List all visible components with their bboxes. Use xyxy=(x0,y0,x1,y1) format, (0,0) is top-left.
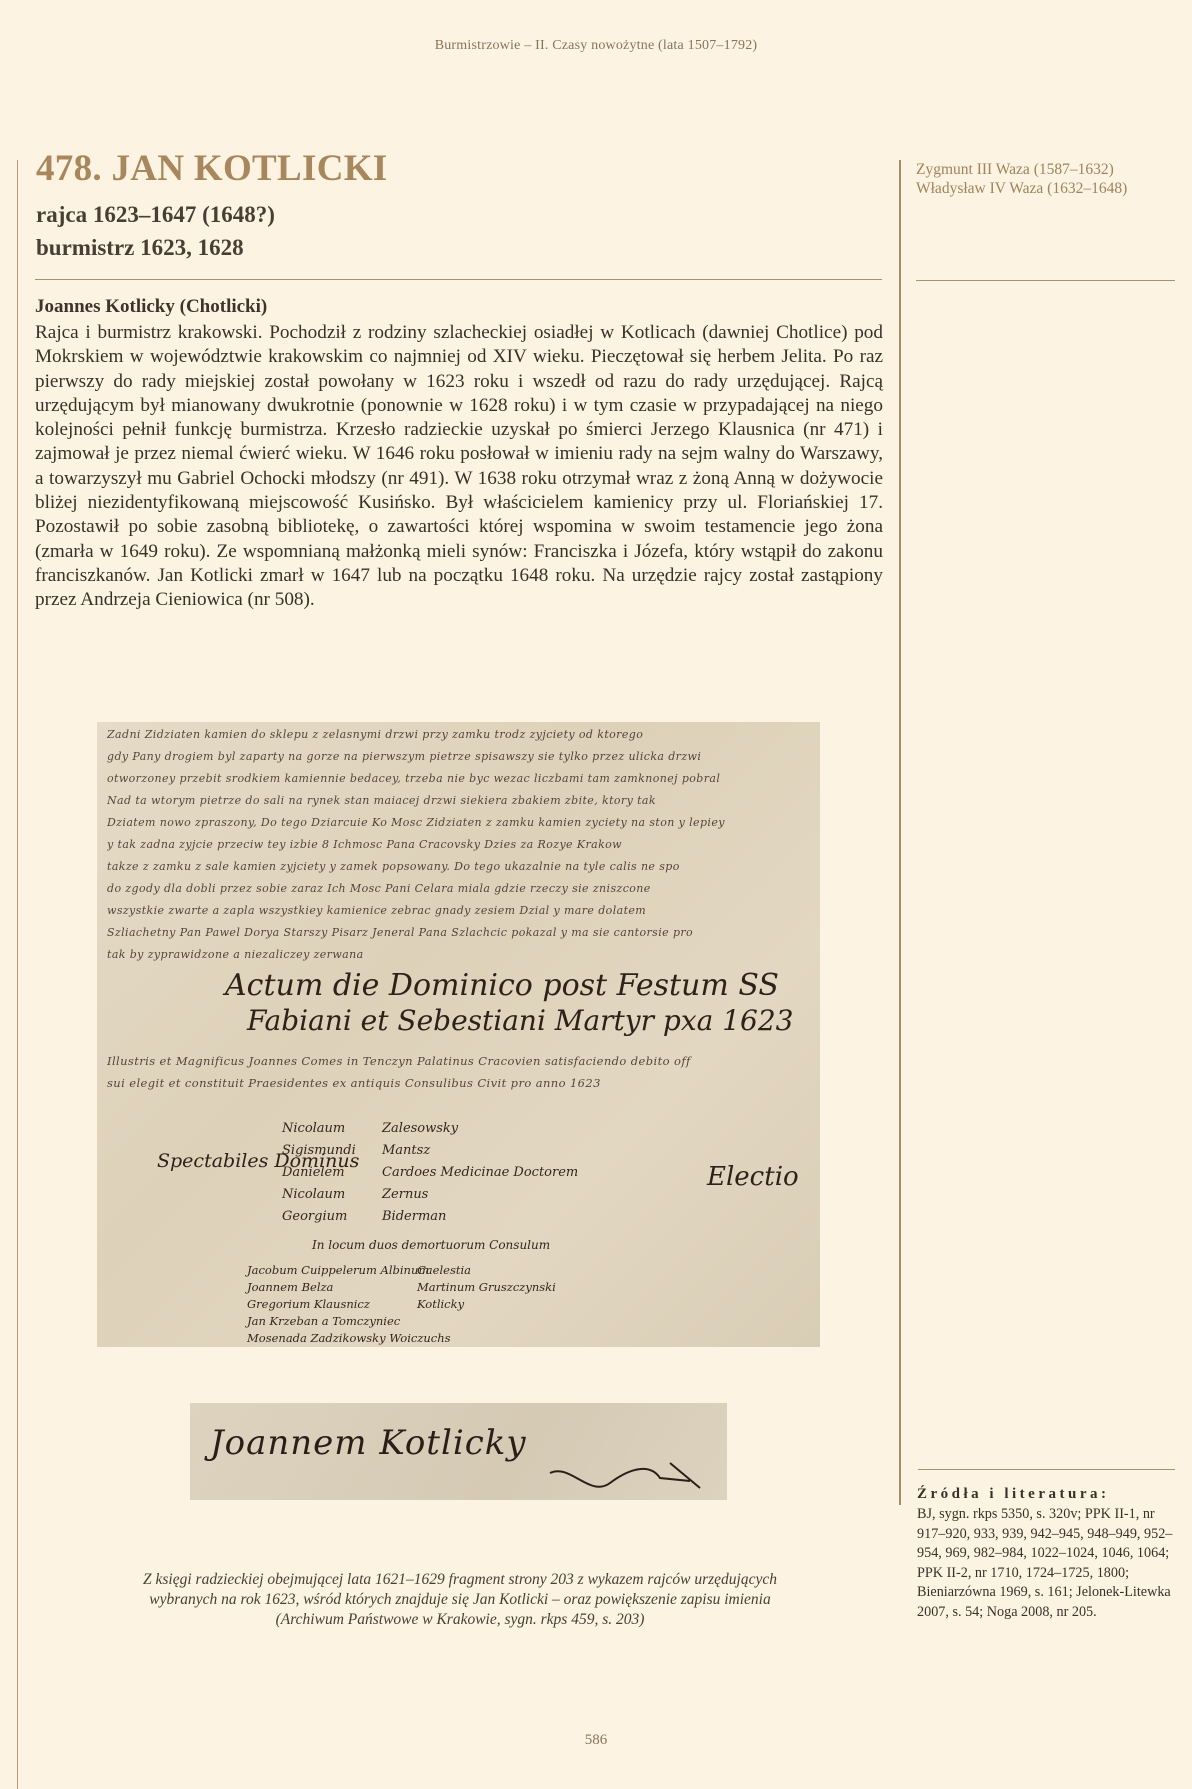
sources-heading: Źródła i literatura: xyxy=(917,1486,1109,1503)
reigns-list: Zygmunt III Waza (1587–1632) Władysław I… xyxy=(916,160,1127,198)
entry-subtitle-mayor: burmistrz 1623, 1628 xyxy=(36,236,244,259)
manuscript-name: Zernus xyxy=(382,1184,578,1206)
signature-flourish-icon xyxy=(190,1403,727,1500)
manuscript-line: tak by zyprawidzone a niezaliczey zerwan… xyxy=(107,948,437,961)
manuscript-name: Danielem xyxy=(282,1162,356,1184)
manuscript-line: gdy Pany drogiem byl zaparty na gorze na… xyxy=(107,750,810,763)
caption-line: Z księgi radzieckiej obejmującej lata 16… xyxy=(100,1570,820,1590)
manuscript-line: y tak zadna zyjcie przeciw tey izbie 8 I… xyxy=(107,838,810,851)
reign-item: Władysław IV Waza (1632–1648) xyxy=(916,179,1127,198)
manuscript-name: Biderman xyxy=(382,1206,578,1228)
manuscript-line: otworzoney przebit srodkiem kamiennie be… xyxy=(107,772,810,785)
figure-caption: Z księgi radzieckiej obejmującej lata 16… xyxy=(100,1570,820,1630)
page-number: 586 xyxy=(0,1732,1192,1749)
running-head: Burmistrzowie – II. Czasy nowożytne (lat… xyxy=(0,38,1192,54)
biography-text: Rajca i burmistrz krakowski. Pochodził z… xyxy=(35,321,883,613)
sources-text: BJ, sygn. rkps 5350, s. 320v; PPK II-1, … xyxy=(917,1505,1179,1623)
manuscript-name: Georgium xyxy=(282,1206,356,1228)
manuscript-name: Mosenada Zadzikowsky Woiczuchs xyxy=(247,1330,451,1347)
manuscript-names-col-2: Zalesowsky Mantsz Cardoes Medicinae Doct… xyxy=(382,1118,578,1228)
manuscript-line: Szliachetny Pan Pawel Dorya Starszy Pisa… xyxy=(107,926,810,939)
manuscript-name: Mantsz xyxy=(382,1140,578,1162)
signature-enlargement-image: Joannem Kotlicky xyxy=(190,1403,727,1500)
entry-subtitle-councillor: rajca 1623–1647 (1648?) xyxy=(36,203,275,226)
manuscript-heading-2: Fabiani et Sebestiani Martyr pxa 1623 xyxy=(247,1004,793,1037)
manuscript-name: Nicolaum xyxy=(282,1184,356,1206)
manuscript-line: Nad ta wtorym pietrze do sali na rynek s… xyxy=(107,794,810,807)
manuscript-name: Kotlicky xyxy=(417,1296,556,1313)
manuscript-image: Zadni Zidziaten kamien do sklepu z zelas… xyxy=(97,722,820,1347)
manuscript-latin-line: Illustris et Magnificus Joannes Comes in… xyxy=(107,1054,810,1068)
manuscript-name: Nicolaum xyxy=(282,1118,356,1140)
sidebar-rule xyxy=(916,280,1175,281)
sidebar-divider-rule xyxy=(899,160,901,1505)
manuscript-line: Dziatem nowo zpraszony, Do tego Dziarcui… xyxy=(107,816,810,829)
manuscript-names-col-1: Nicolaum Sigismundi Danielem Nicolaum Ge… xyxy=(282,1118,356,1228)
title-underline-rule xyxy=(35,279,882,280)
caption-line: wybranych na rok 1623, wśród których zna… xyxy=(100,1590,820,1610)
manuscript-line: do zgody dla dobli przez sobie zaraz Ich… xyxy=(107,882,810,895)
manuscript-name: Martinum Gruszczynski xyxy=(417,1279,556,1296)
manuscript-line: takze z zamku z sale kamien zyjciety y z… xyxy=(107,860,810,873)
manuscript-name: Zalesowsky xyxy=(382,1118,578,1140)
manuscript-line: Zadni Zidziaten kamien do sklepu z zelas… xyxy=(107,728,810,741)
caption-line: (Archiwum Państwowe w Krakowie, sygn. rk… xyxy=(100,1610,820,1630)
left-margin-rule xyxy=(17,160,18,1789)
manuscript-names-bottom-col-2: Caelestia Martinum Gruszczynski Kotlicky xyxy=(417,1262,556,1313)
manuscript-name: Jan Krzeban a Tomczyniec xyxy=(247,1313,451,1330)
manuscript-name: Caelestia xyxy=(417,1262,556,1279)
manuscript-name: Sigismundi xyxy=(282,1140,356,1162)
sources-rule xyxy=(918,1469,1175,1470)
manuscript-latin-line: sui elegit et constituit Praesidentes ex… xyxy=(107,1076,627,1090)
manuscript-heading-1: Actum die Dominico post Festum SS xyxy=(225,968,779,1003)
reign-item: Zygmunt III Waza (1587–1632) xyxy=(916,160,1127,179)
manuscript-electio: Electio xyxy=(707,1162,799,1192)
manuscript-subheading: In locum duos demortuorum Consulum xyxy=(312,1238,550,1252)
latin-name: Joannes Kotlicky (Chotlicki) xyxy=(35,296,267,318)
manuscript-line: wszystkie zwarte a zapla wszystkiey kami… xyxy=(107,904,810,917)
entry-title: 478. JAN KOTLICKI xyxy=(36,150,388,187)
manuscript-name: Cardoes Medicinae Doctorem xyxy=(382,1162,578,1184)
